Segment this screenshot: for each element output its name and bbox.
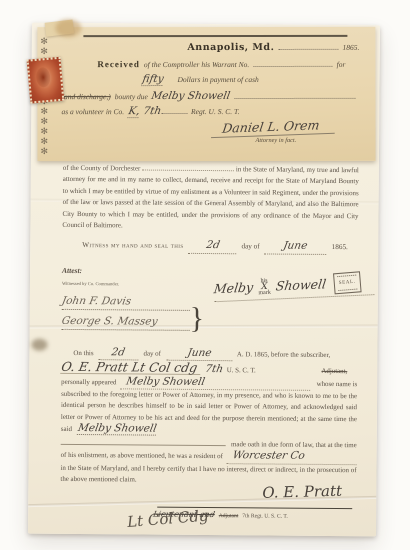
principal-signature: Melby his X mark Showell SEAL. xyxy=(214,271,375,303)
name-blank xyxy=(234,90,355,99)
residence-handwriting: Worcester Co xyxy=(232,450,306,462)
oath-blank xyxy=(61,436,226,446)
opening-body: true and lawful attorney for me and in m… xyxy=(62,167,358,230)
month-handwriting: June xyxy=(283,241,309,253)
torn-paper-tab xyxy=(45,19,75,36)
bounty-line: (and discharge,) bounty due Melby Showel… xyxy=(37,90,375,102)
regiment-blank xyxy=(161,105,187,114)
attorney-signature-row: Daniel L. Orem xyxy=(37,119,375,136)
volunteer-printed-prefix: as a volunteer in Co. xyxy=(61,107,124,116)
ack-day-handwriting: 2d xyxy=(111,347,127,358)
regiment-number-handwriting: 7th xyxy=(142,105,162,117)
warrant-number-blank xyxy=(253,58,332,67)
received-printed: of the Comptroller his Warrant No. xyxy=(144,60,249,69)
received-for: for xyxy=(337,60,346,69)
principal-last-name: Showell xyxy=(275,278,327,292)
deed-body: of the County of Dorchester in the State… xyxy=(60,162,359,550)
amount-handwriting: fifty xyxy=(141,73,164,86)
officer-regiment-printed: 7th Regt. U. S. C. T. xyxy=(242,512,288,524)
ink-blot xyxy=(31,339,47,351)
receipt-dateline: Annapolis, Md. 1865. xyxy=(37,41,375,53)
witness-clause: Witness my hand and seal this 2d day of … xyxy=(62,239,358,255)
principal-first-name: Melby xyxy=(214,281,255,294)
opening-prefix: of the County of Dorchester xyxy=(63,165,141,173)
received-word: Received xyxy=(97,59,139,69)
attorney-title: Attorney in fact. xyxy=(255,137,296,144)
struck-discharge-text: (and discharge,) xyxy=(61,92,110,101)
his-mark: his X mark xyxy=(258,277,271,296)
signature-section: Attest: Witnessed by Co. Commander. John… xyxy=(62,259,359,341)
ack-month-handwriting: June xyxy=(186,348,212,360)
uscr-printed: U. S. C. T. xyxy=(227,365,256,377)
header-rule xyxy=(83,35,347,37)
officer-name-handwriting: O. E. Pratt Lt Col cdg xyxy=(60,361,202,375)
soldier-name-handwriting: Melby Showell xyxy=(151,90,232,102)
amount-printed: Dollars in payment of cash xyxy=(177,75,258,84)
attest-block: Attest: Witnessed by Co. Commander. John… xyxy=(62,259,191,340)
whose-name-printed: whose name is xyxy=(317,379,358,391)
amount-line: fifty Dollars in payment of cash xyxy=(37,73,375,86)
witness-signature-1: John F. Davis xyxy=(61,296,132,308)
ack-body-paragraph: subscribed to the foregoing letter or Po… xyxy=(61,389,357,438)
dateline-blank xyxy=(278,41,338,50)
day-handwriting: 2d xyxy=(205,240,221,251)
deed-opening-paragraph: of the County of Dorchester in the State… xyxy=(62,162,359,234)
added-rank-handwriting: Lt Col Cdg xyxy=(127,511,209,529)
witness-brace: } xyxy=(190,304,205,334)
deed-sheet: ✻✻✻✻✻✻✻✻✻✻✻✻ Annapolis, Md. 1865. Receiv… xyxy=(28,23,380,537)
witness-signature-2: George S. Massey xyxy=(61,316,159,328)
witness-year: 1865. xyxy=(332,242,348,254)
revenue-stamp-icon xyxy=(27,57,65,104)
mark-label: mark xyxy=(259,289,272,296)
ack-year-clause: A. D. 1865, before the subscriber, xyxy=(237,349,330,361)
attest-label: Attest: xyxy=(62,265,190,277)
dateline-place: Annapolis, Md. xyxy=(187,42,274,53)
principal-signature-block: Melby his X mark Showell SEAL. xyxy=(204,260,375,341)
volunteer-printed-suffix: Regt. U. S. C. T. xyxy=(191,107,239,116)
seal-label: SEAL. xyxy=(337,274,357,291)
attorney-signature: Daniel L. Orem xyxy=(211,117,337,138)
dateline-year: 1865. xyxy=(343,43,360,52)
ack-onthis: On this xyxy=(73,348,93,360)
said-name-handwriting: Melby Showell xyxy=(77,423,158,436)
receipt-slip: ✻✻✻✻✻✻✻✻✻✻✻✻ Annapolis, Md. 1865. Receiv… xyxy=(37,27,375,161)
struck-adjutant: Adjutant, xyxy=(321,366,347,378)
acknowledgment-section: On this 2d day of June A. D. 1865, befor… xyxy=(60,347,357,488)
received-line: Received of the Comptroller his Warrant … xyxy=(37,58,375,69)
document-photo: ✻✻✻✻✻✻✻✻✻✻✻✻ Annapolis, Md. 1865. Receiv… xyxy=(0,0,410,550)
ack-dayof: day of xyxy=(143,348,161,360)
county-blank xyxy=(142,163,234,172)
officer-signature-block: O. E. Pratt Lieutenant and Adjutant 7th … xyxy=(127,490,352,550)
struck-adjutant-2: Adjutant xyxy=(219,511,239,523)
opening-suffix: in the State of Maryland, my xyxy=(236,166,315,174)
appeared-printed: personally appeared xyxy=(61,377,116,389)
officer-signature: O. E. Pratt xyxy=(262,486,342,500)
attest-note: Witnessed by Co. Commander. xyxy=(62,278,190,290)
officer-regiment-handwriting: 7th xyxy=(204,364,224,376)
company-handwriting: K, xyxy=(127,105,140,118)
witness-printed: Witness my hand and seal this xyxy=(82,240,183,252)
bounty-due-printed: bounty due xyxy=(115,92,148,101)
appeared-name-handwriting: Melby Showell xyxy=(125,376,206,388)
witness-dayof: day of xyxy=(241,242,259,254)
attorney-title-row: Attorney in fact. xyxy=(37,137,375,144)
resident-printed: of his enlistment, as above mentioned, h… xyxy=(61,450,223,463)
seal-box: SEAL. xyxy=(333,271,361,294)
